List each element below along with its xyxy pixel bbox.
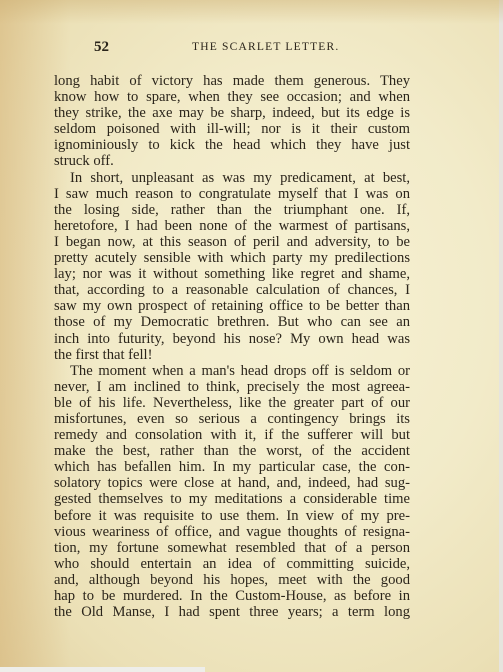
text-line: know how to spare, when they see occasio… xyxy=(54,89,410,105)
text-line: heretofore, I had been none of the warme… xyxy=(54,218,410,234)
text-line: who should entertain an idea of committi… xyxy=(54,556,410,572)
text-line: make the best, rather than the worst, of… xyxy=(54,443,410,459)
text-line: tion, my fortune somewhat resembled that… xyxy=(54,540,410,556)
text-line: vious weariness of office, and vague tho… xyxy=(54,524,410,540)
text-line: pretty acutely sensible with which party… xyxy=(54,250,410,266)
text-line: the first that fell! xyxy=(54,347,410,363)
text-line: saw my own prospect of retaining office … xyxy=(54,298,410,314)
text-line: ignominiously to kick the head which the… xyxy=(54,137,410,153)
text-line: before it was requisite to use them. In … xyxy=(54,508,410,524)
book-page: 52 THE SCARLET LETTER. long habit of vic… xyxy=(0,0,503,672)
text-line: and, although beyond his hopes, meet wit… xyxy=(54,572,410,588)
text-line: misfortunes, even so serious a contingen… xyxy=(54,411,410,427)
page-edge xyxy=(499,0,503,672)
text-line: I began now, at this season of peril and… xyxy=(54,234,410,250)
page-header: 52 THE SCARLET LETTER. xyxy=(94,39,449,59)
running-title: THE SCARLET LETTER. xyxy=(192,41,339,53)
text-line: remedy and consolation with it, if the s… xyxy=(54,427,410,443)
text-line: I saw much reason to congratulate myself… xyxy=(54,186,410,202)
text-line: those of my Democratic brethren. But who… xyxy=(54,314,410,330)
text-line: the losing side, rather than the triumph… xyxy=(54,202,410,218)
text-line: the Old Manse, I had spent three years; … xyxy=(54,604,410,620)
text-line: hap to be murdered. In the Custom-House,… xyxy=(54,588,410,604)
bottom-edge-strip xyxy=(0,667,205,672)
text-line: inch into futurity, beyond his nose? My … xyxy=(54,331,410,347)
text-line: never, I am inclined to think, precisely… xyxy=(54,379,410,395)
text-line: lay; nor was it without something like r… xyxy=(54,266,410,282)
text-line: they strike, the axe may be sharp, indee… xyxy=(54,105,410,121)
text-line: seldom poisoned with ill-will; nor is it… xyxy=(54,121,410,137)
text-line: struck off. xyxy=(54,153,410,169)
text-line: ble of his life. Nevertheless, like the … xyxy=(54,395,410,411)
text-line: that, according to a reasonable calculat… xyxy=(54,282,410,298)
text-line: gested themselves to my meditations a co… xyxy=(54,491,410,507)
body-text: long habit of victory has made them gene… xyxy=(54,73,410,620)
paragraph-start-line: The moment when a man's head drops off i… xyxy=(54,363,410,379)
paragraph-start-line: In short, unpleasant as was my predicame… xyxy=(54,170,410,186)
text-line: long habit of victory has made them gene… xyxy=(54,73,410,89)
text-line: solatory topics were close at hand, and,… xyxy=(54,475,410,491)
page-number: 52 xyxy=(94,39,109,56)
text-line: which has befallen him. In my particular… xyxy=(54,459,410,475)
